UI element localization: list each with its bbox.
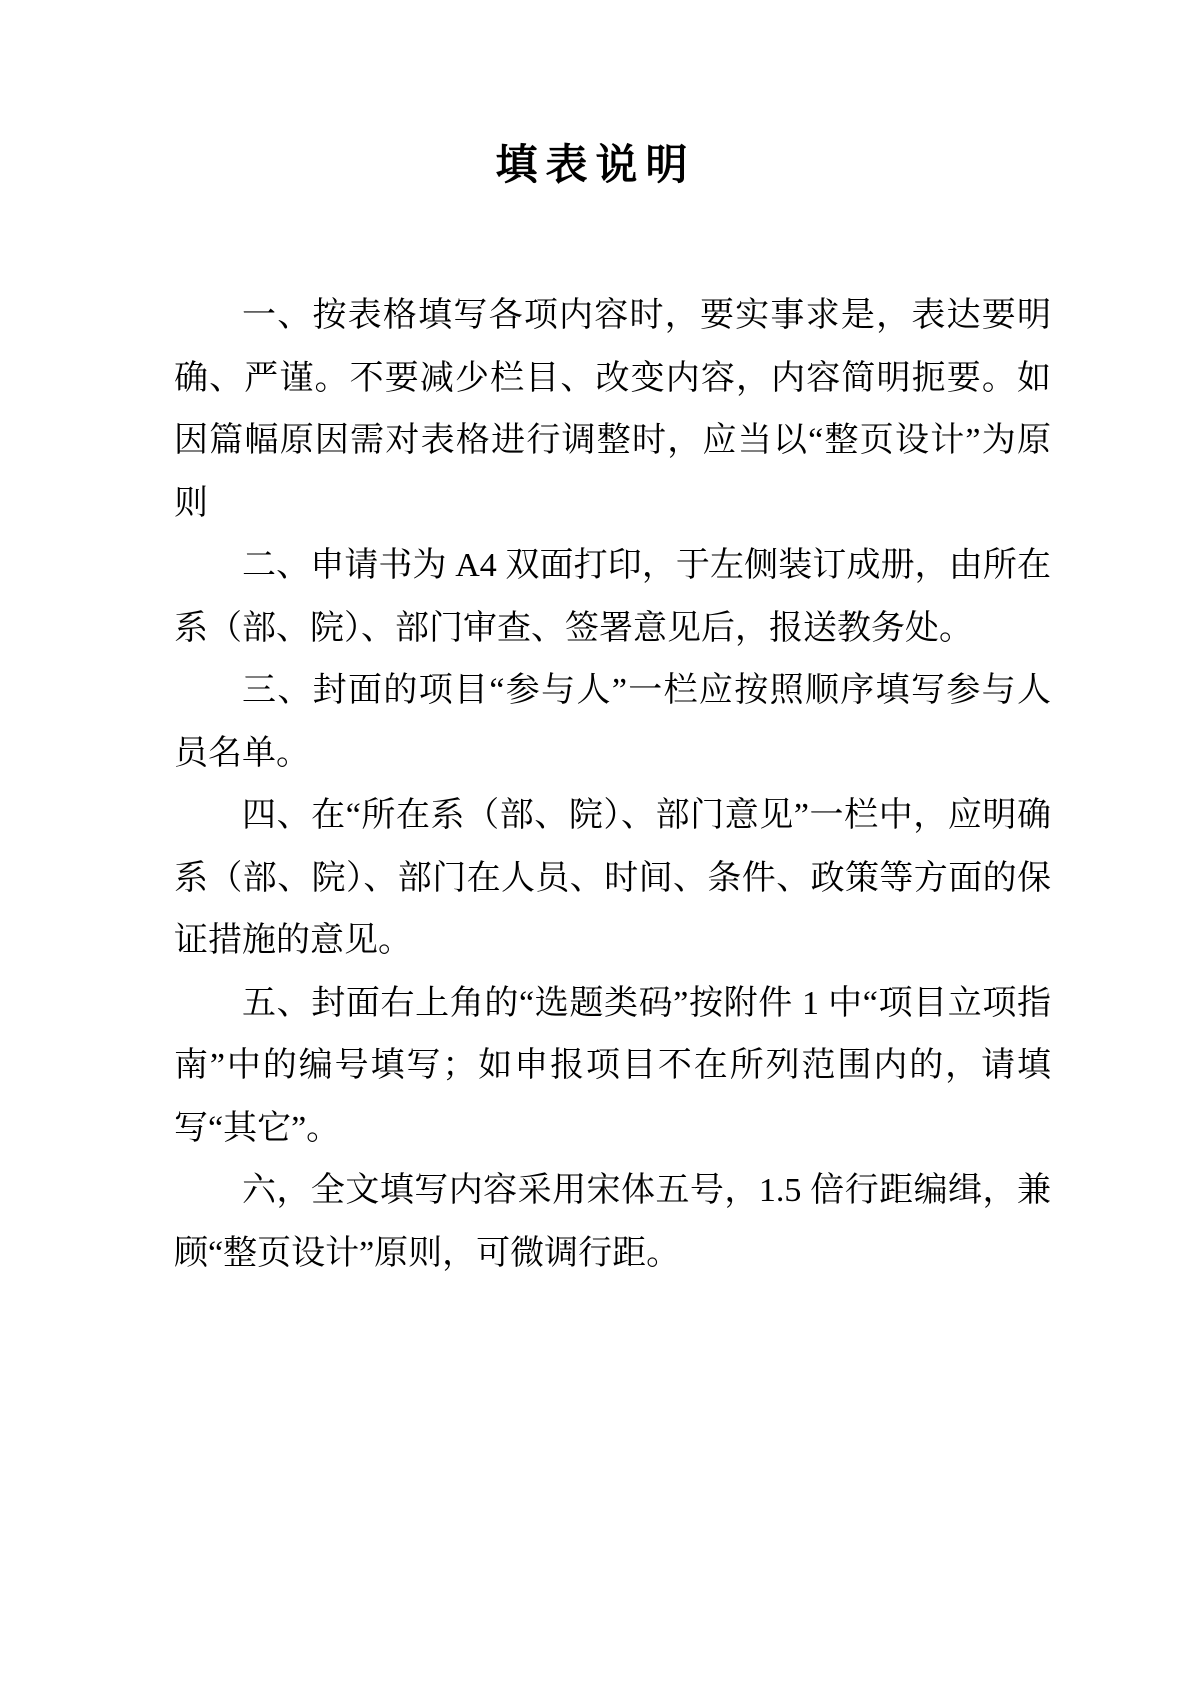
instructions-body: 一、按表格填写各项内容时，要实事求是，表达要明确、严谨。不要减少栏目、改变内容，… — [174, 285, 1051, 1285]
instruction-paragraph-6: 六，全文填写内容采用宋体五号，1.5 倍行距编缉，兼顾“整页设计”原则，可微调行… — [174, 1160, 1051, 1285]
instruction-paragraph-5: 五、封面右上角的“选题类码”按附件 1 中“项目立项指南”中的编号填写；如申报项… — [174, 973, 1051, 1161]
instruction-paragraph-1: 一、按表格填写各项内容时，要实事求是，表达要明确、严谨。不要减少栏目、改变内容，… — [174, 285, 1051, 535]
page-title: 填表说明 — [0, 0, 1191, 187]
document-page: 填表说明 一、按表格填写各项内容时，要实事求是，表达要明确、严谨。不要减少栏目、… — [0, 0, 1191, 1684]
instruction-paragraph-3: 三、封面的项目“参与人”一栏应按照顺序填写参与人员名单。 — [174, 660, 1051, 785]
instruction-paragraph-2: 二、申请书为 A4 双面打印，于左侧装订成册，由所在系（部、院）、部门审查、签署… — [174, 535, 1051, 660]
instruction-paragraph-4: 四、在“所在系（部、院）、部门意见”一栏中，应明确系（部、院）、部门在人员、时间… — [174, 785, 1051, 973]
